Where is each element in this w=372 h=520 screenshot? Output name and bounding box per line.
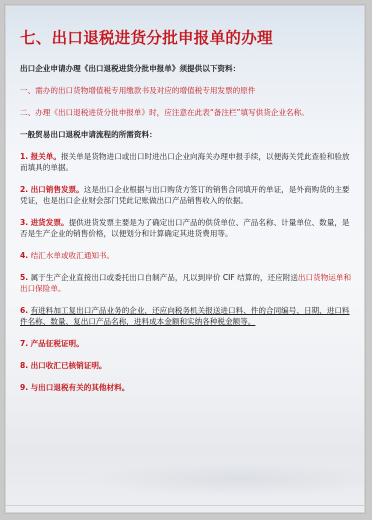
requirement-1: 一、需办的出口货物增值税专用缴款书及对应的增值税专用发票的原件 bbox=[20, 85, 356, 96]
item-label: 出口销售发票。 bbox=[31, 185, 84, 194]
document-content: 出口企业申请办理《出口退税进货分批申报单》须提供以下资料： 一、需办的出口货物增… bbox=[20, 63, 356, 404]
list-item-1: 1. 报关单。报关单是货物进口或出口时进出口企业向海关办理申报手续，以便海关凭此… bbox=[20, 151, 356, 173]
requirement-text: 办理《出口退税进货分批申报单》时，应注意在此表“备注栏”填写供货企业名称。 bbox=[35, 108, 309, 117]
item-number: 6. bbox=[20, 306, 28, 315]
list-item-5: 5. 属于生产企业直接出口或委托出口自制产品，凡以到岸价 CIF 结算的，还应附… bbox=[20, 272, 356, 294]
item-text-underlined: 有进料加工复出口产品业务的企业，还应向税务机关报送进口料、件的合同编号、日期、进… bbox=[20, 306, 350, 326]
list-item-2: 2. 出口销售发票。这是出口企业根据与出口购货方签订的销售合同填开的单证，是外商… bbox=[20, 184, 356, 206]
item-label: 进货发票。 bbox=[31, 218, 69, 227]
requirement-2: 二、办理《出口退税进货分批申报单》时，应注意在此表“备注栏”填写供货企业名称。 bbox=[20, 107, 356, 118]
item-label: 与出口退税有关的其他材料。 bbox=[31, 383, 130, 392]
requirement-text: 需办的出口货物增值税专用缴款书及对应的增值税专用发票的原件 bbox=[35, 86, 255, 95]
list-item-4: 4. 结汇水单或收汇通知书。 bbox=[20, 250, 356, 261]
item-number: 1. bbox=[20, 152, 28, 161]
item-label: 产品征税证明。 bbox=[31, 339, 84, 348]
intro-text: 出口企业申请办理《出口退税进货分批申报单》须提供以下资料： bbox=[20, 63, 356, 74]
item-number: 3. bbox=[20, 218, 28, 227]
requirement-number: 二、 bbox=[20, 108, 35, 117]
list-item-9: 9. 与出口退税有关的其他材料。 bbox=[20, 382, 356, 393]
item-number: 4. bbox=[20, 251, 28, 260]
item-number: 7. bbox=[20, 339, 28, 348]
item-number: 2. bbox=[20, 185, 28, 194]
list-item-6: 6. 有进料加工复出口产品业务的企业，还应向税务机关报送进口料、件的合同编号、日… bbox=[20, 305, 356, 327]
item-number: 5. bbox=[20, 273, 28, 282]
bottom-divider bbox=[6, 505, 364, 506]
item-number: 9. bbox=[20, 383, 28, 392]
document-page: 七、出口退税进货分批申报单的办理 出口企业申请办理《出口退税进货分批申报单》须提… bbox=[6, 6, 364, 512]
item-label: 报关单。 bbox=[31, 152, 61, 161]
general-heading: 一般贸易出口退税申请流程的所需资料： bbox=[20, 129, 356, 140]
item-text: 报关单是货物进口或出口时进出口企业向海关办理申报手续，以便海关凭此查验和验放而填… bbox=[20, 152, 350, 172]
requirement-number: 一、 bbox=[20, 86, 35, 95]
list-item-7: 7. 产品征税证明。 bbox=[20, 338, 356, 349]
list-item-8: 8. 出口收汇已核销证明。 bbox=[20, 360, 356, 371]
item-number: 8. bbox=[20, 361, 28, 370]
page-title: 七、出口退税进货分批申报单的办理 bbox=[20, 26, 273, 48]
list-item-3: 3. 进货发票。提供进货发票主要是为了确定出口产品的供货单位、产品名称、计量单位… bbox=[20, 217, 356, 239]
item-text: 提供进货发票主要是为了确定出口产品的供货单位、产品名称、计量单位、数量，是否是生… bbox=[20, 218, 350, 238]
item-label: 结汇水单或收汇通知书。 bbox=[31, 251, 115, 260]
item-text: 属于生产企业直接出口或委托出口自制产品，凡以到岸价 CIF 结算的，还应附送 bbox=[31, 273, 298, 282]
item-label: 出口收汇已核销证明。 bbox=[31, 361, 107, 370]
